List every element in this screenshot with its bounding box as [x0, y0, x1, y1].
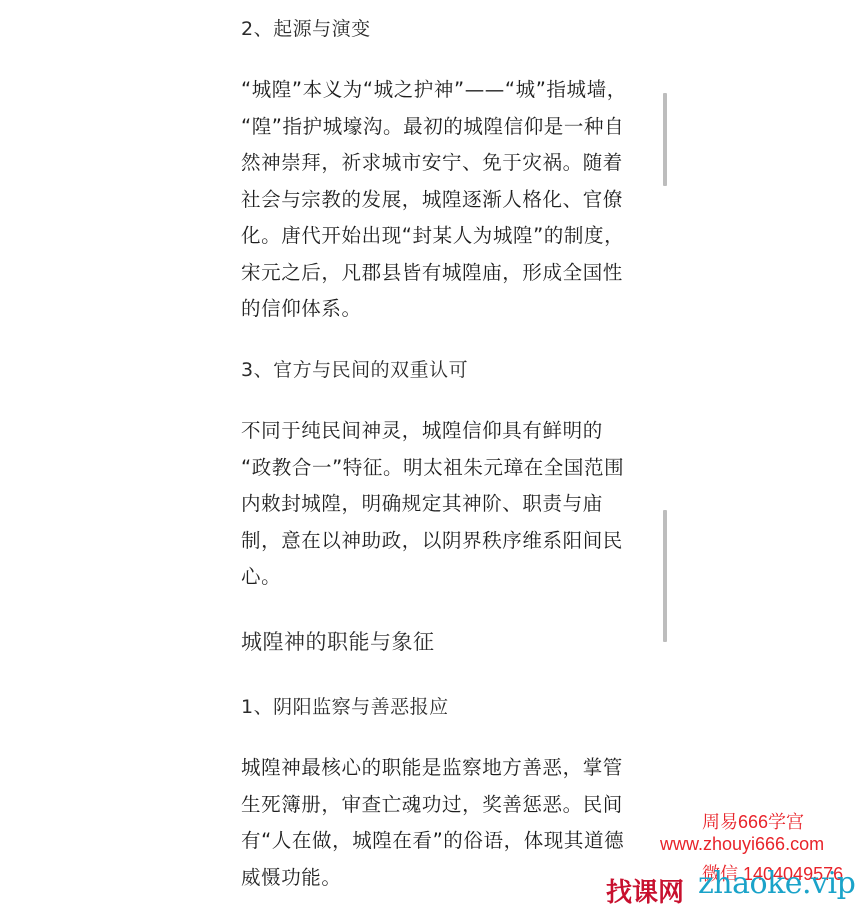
text-line: 宋元之后，凡郡县皆有城隍庙，形成全国性	[241, 255, 651, 292]
section-heading-functions: 城隍神的职能与象征	[241, 626, 435, 656]
paragraph-function: 城隍神最核心的职能是监察地方善恶，掌管 生死簿册，审查亡魂功过，奖善惩恶。民间 …	[241, 750, 651, 896]
text-line: 有“人在做，城隍在看”的俗语，体现其道德	[241, 823, 651, 860]
subheading-recognition: 3、官方与民间的双重认可	[241, 355, 468, 382]
text-line: “政教合一”特征。明太祖朱元璋在全国范围	[241, 450, 651, 487]
text-line: 心。	[241, 559, 651, 596]
text-line: 生死簿册，审查亡魂功过，奖善惩恶。民间	[241, 787, 651, 824]
watermark-title: 周易666学宫	[702, 808, 804, 834]
subheading-supervision: 1、阴阳监察与善恶报应	[241, 692, 449, 719]
text-line: “隍”指护城壕沟。最初的城隍信仰是一种自	[241, 109, 651, 146]
watermark-url: www.zhouyi666.com	[660, 834, 824, 855]
watermark-brand-en: zhaoke.vip	[698, 866, 855, 901]
text-line: 社会与宗教的发展，城隍逐渐人格化、官僚	[241, 182, 651, 219]
text-line: 化。唐代开始出现“封某人为城隍”的制度，	[241, 218, 651, 255]
subheading-origin: 2、起源与演变	[241, 14, 371, 41]
watermark-brand-cn: 找课网	[606, 872, 684, 907]
text-line: 内敕封城隍，明确规定其神阶、职责与庙	[241, 486, 651, 523]
scrollbar-thumb-upper[interactable]	[663, 93, 667, 186]
scrollbar-thumb-lower[interactable]	[663, 510, 667, 642]
text-line: 不同于纯民间神灵，城隍信仰具有鲜明的	[241, 413, 651, 450]
text-line: 制，意在以神助政，以阴界秩序维系阳间民	[241, 523, 651, 560]
text-line: 然神崇拜，祈求城市安宁、免于灾祸。随着	[241, 145, 651, 182]
text-line: 城隍神最核心的职能是监察地方善恶，掌管	[241, 750, 651, 787]
text-line: 的信仰体系。	[241, 291, 651, 328]
text-line: “城隍”本义为“城之护神”——“城”指城墙，	[241, 72, 651, 109]
paragraph-recognition: 不同于纯民间神灵，城隍信仰具有鲜明的 “政教合一”特征。明太祖朱元璋在全国范围 …	[241, 413, 651, 596]
paragraph-origin: “城隍”本义为“城之护神”——“城”指城墙， “隍”指护城壕沟。最初的城隍信仰是…	[241, 72, 651, 328]
text-line: 威慑功能。	[241, 860, 651, 897]
